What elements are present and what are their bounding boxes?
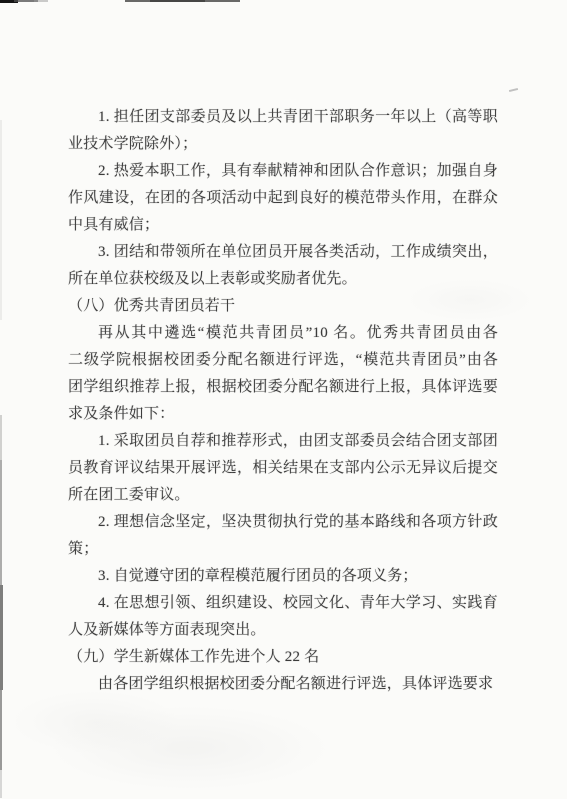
paragraph: 3. 自觉遵守团的章程模范履行团员的各项义务； bbox=[68, 563, 498, 590]
paragraph: 再从其中遴选“模范共青团员”10 名。优秀共青团员由各二级学院根据校团委分配名额… bbox=[68, 320, 498, 428]
scan-artifact-top-left-bar bbox=[0, 0, 18, 3]
paragraph: 2. 热爱本职工作，具有奉献精神和团队合作意识；加强自身作风建设，在团的各项活动… bbox=[68, 158, 498, 239]
text-line: 4. 在思想引领、组织建设、校园文化、青年大学习、实践育 bbox=[68, 590, 498, 617]
scan-artifact-top-left-tail bbox=[14, 0, 38, 2]
scan-artifact-left-streak bbox=[0, 690, 2, 770]
scan-artifact-left-streak bbox=[0, 120, 2, 320]
section-heading: （八）优秀共青团员若干 bbox=[68, 293, 498, 320]
paragraph: 3. 团结和带领所在单位团员开展各类活动，工作成绩突出，所在单位获校级及以上表彰… bbox=[68, 239, 498, 293]
text-line: 中具有威信； bbox=[68, 212, 498, 239]
text-line: 所在单位获校级及以上表彰或奖励者优先。 bbox=[68, 266, 498, 293]
text-line: 2. 理想信念坚定，坚决贯彻执行党的基本路线和各项方针政 bbox=[68, 509, 498, 536]
scan-artifact-right-smudge bbox=[509, 88, 518, 92]
paragraph: 2. 理想信念坚定，坚决贯彻执行党的基本路线和各项方针政策； bbox=[68, 509, 498, 563]
scan-artifact-left-streak bbox=[0, 415, 2, 460]
scan-artifact-top-line bbox=[125, 0, 240, 2]
text-line: 二级学院根据校团委分配名额进行评选，“模范共青团员”由各 bbox=[68, 347, 498, 374]
document-text: 1. 担任团支部委员及以上共青团干部职务一年以上（高等职业技术学院除外）；2. … bbox=[68, 104, 498, 698]
section-heading: （九）学生新媒体工作先进个人 22 名 bbox=[68, 644, 498, 671]
text-line: 策； bbox=[68, 536, 498, 563]
text-line: 由各团学组织根据校团委分配名额进行评选，具体评选要求 bbox=[68, 671, 498, 698]
paragraph: 1. 采取团员自荐和推荐形式，由团支部委员会结合团支部团员教育评议结果开展评选，… bbox=[68, 428, 498, 509]
text-line: 2. 热爱本职工作，具有奉献精神和团队合作意识；加强自身 bbox=[68, 158, 498, 185]
scanned-page: 1. 担任团支部委员及以上共青团干部职务一年以上（高等职业技术学院除外）；2. … bbox=[0, 0, 567, 799]
text-line: 3. 自觉遵守团的章程模范履行团员的各项义务； bbox=[68, 563, 498, 590]
text-line: （九）学生新媒体工作先进个人 22 名 bbox=[68, 644, 498, 671]
text-line: 1. 担任团支部委员及以上共青团干部职务一年以上（高等职 bbox=[68, 104, 498, 131]
text-line: （八）优秀共青团员若干 bbox=[68, 293, 498, 320]
text-line: 求及条件如下： bbox=[68, 401, 498, 428]
text-line: 1. 采取团员自荐和推荐形式，由团支部委员会结合团支部团 bbox=[68, 428, 498, 455]
text-line: 所在团工委审议。 bbox=[68, 482, 498, 509]
scan-artifact-top-line-dark bbox=[150, 0, 205, 2]
text-line: 业技术学院除外）； bbox=[68, 131, 498, 158]
scan-artifact-left-streak bbox=[0, 460, 2, 585]
text-line: 3. 团结和带领所在单位团员开展各类活动，工作成绩突出， bbox=[68, 239, 498, 266]
text-line: 团学组织推荐上报，根据校团委分配名额进行上报，具体评选要 bbox=[68, 374, 498, 401]
text-line: 作风建设，在团的各项活动中起到良好的模范带头作用，在群众 bbox=[68, 185, 498, 212]
text-line: 员教育评议结果开展评选，相关结果在支部内公示无异议后提交 bbox=[68, 455, 498, 482]
text-line: 人及新媒体等方面表现突出。 bbox=[68, 617, 498, 644]
paragraph: 由各团学组织根据校团委分配名额进行评选，具体评选要求 bbox=[68, 671, 498, 698]
scan-artifact-top-left-fade bbox=[34, 0, 48, 2]
paragraph: 4. 在思想引领、组织建设、校园文化、青年大学习、实践育人及新媒体等方面表现突出… bbox=[68, 590, 498, 644]
text-line: 再从其中遴选“模范共青团员”10 名。优秀共青团员由各 bbox=[68, 320, 498, 347]
scan-artifact-left-streak bbox=[0, 585, 3, 690]
scan-artifact-left-streak bbox=[0, 770, 2, 798]
paragraph: 1. 担任团支部委员及以上共青团干部职务一年以上（高等职业技术学院除外）； bbox=[68, 104, 498, 158]
